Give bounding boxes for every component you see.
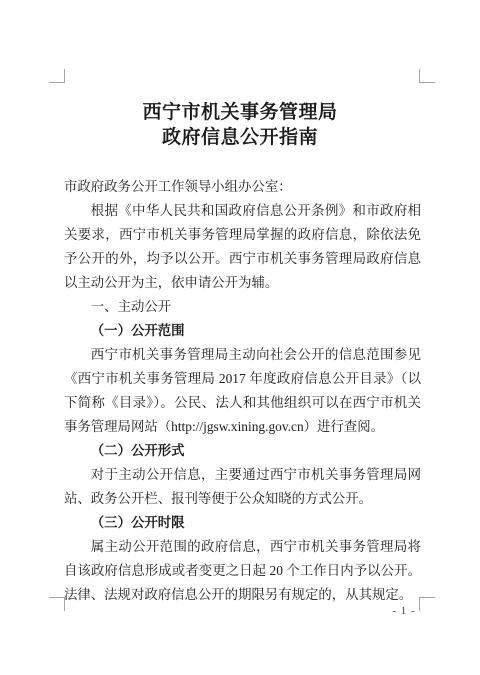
- paragraph: 西宁市机关事务管理局主动向社会公开的信息范围参见《西宁市机关事务管理局 2017…: [64, 343, 421, 439]
- crop-mark-top-right-icon: [419, 69, 435, 83]
- section-subheading: （一）公开范围: [64, 319, 421, 343]
- section-subheading: （三）公开时限: [64, 511, 421, 535]
- document-page: 西宁市机关事务管理局 政府信息公开指南 市政府政务公开工作领导小组办公室： 根据…: [0, 0, 480, 675]
- crop-mark-bottom-left-icon: [49, 597, 65, 611]
- page-number: - 1 -: [386, 605, 422, 617]
- document-title-line-1: 西宁市机关事务管理局: [0, 100, 480, 125]
- section-heading: 一、主动公开: [64, 295, 421, 319]
- paragraph: 属主动公开范围的政府信息，西宁市机关事务管理局将自该政府信息形成或者变更之日起 …: [64, 535, 421, 607]
- salutation-line: 市政府政务公开工作领导小组办公室：: [64, 175, 421, 199]
- section-subheading: （二）公开形式: [64, 439, 421, 463]
- paragraph: 对于主动公开信息，主要通过西宁市机关事务管理局网站、政务公开栏、报刊等便于公众知…: [64, 463, 421, 511]
- paragraph: 根据《中华人民共和国政府信息公开条例》和市政府相关要求，西宁市机关事务管理局掌握…: [64, 199, 421, 295]
- crop-mark-top-left-icon: [49, 69, 65, 83]
- document-body: 市政府政务公开工作领导小组办公室： 根据《中华人民共和国政府信息公开条例》和市政…: [64, 175, 421, 607]
- document-title: 西宁市机关事务管理局 政府信息公开指南: [0, 100, 480, 150]
- document-title-line-2: 政府信息公开指南: [0, 125, 480, 150]
